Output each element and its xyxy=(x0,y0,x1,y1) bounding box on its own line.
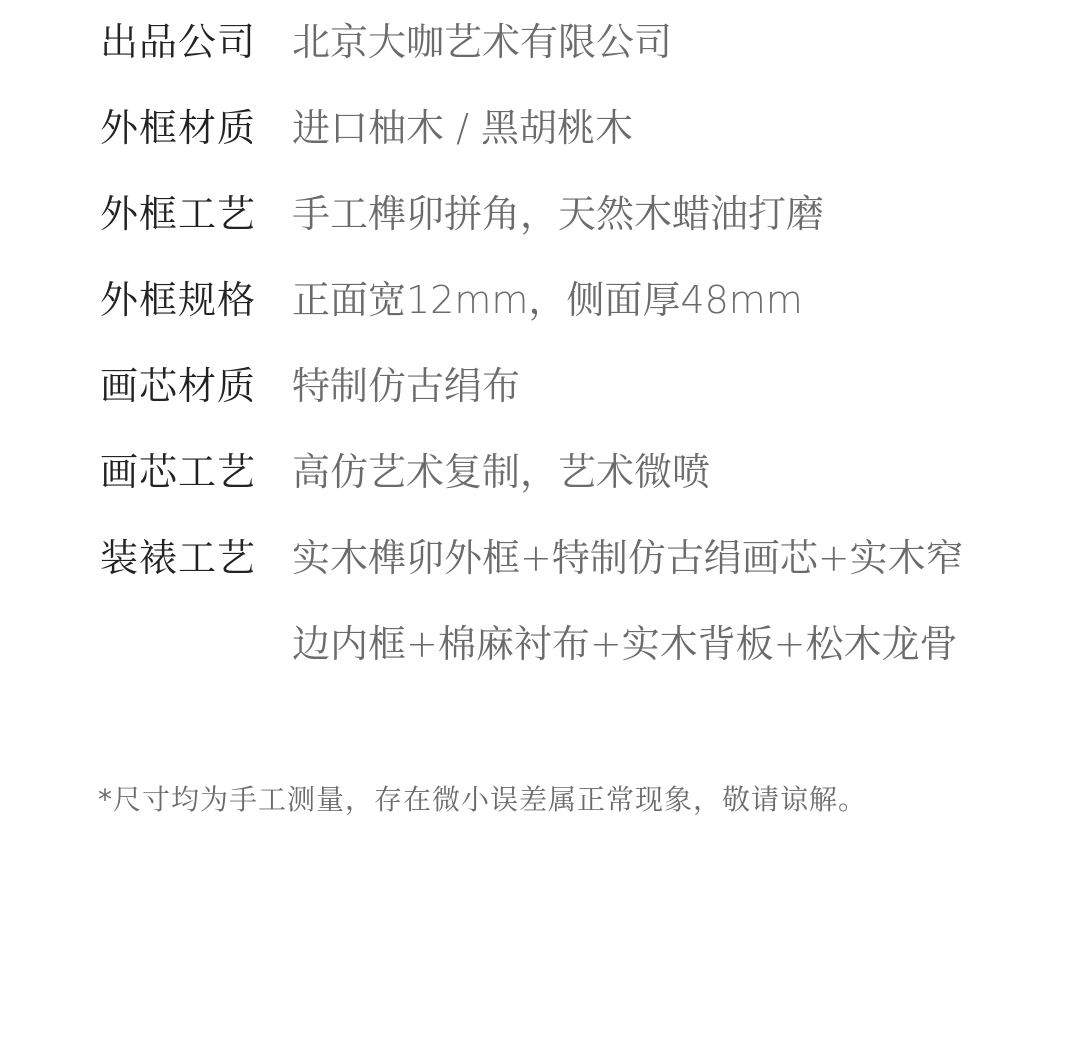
spec-value-line: 高仿艺术复制，艺术微喷 xyxy=(292,444,1000,500)
spec-value-line: 进口柚木 / 黑胡桃木 xyxy=(292,100,1000,156)
spec-row-mounting-craft: 装裱工艺 实木榫卯外框+特制仿古绢画芯+实木窄 边内框+棉麻衬布+实木背板+松木… xyxy=(100,530,1000,672)
spec-row-frame-material: 外框材质 进口柚木 / 黑胡桃木 xyxy=(100,100,1000,186)
spec-value: 实木榫卯外框+特制仿古绢画芯+实木窄 边内框+棉麻衬布+实木背板+松木龙骨 xyxy=(292,530,1000,672)
spec-label: 外框材质 xyxy=(100,100,292,156)
spec-label: 出品公司 xyxy=(100,14,292,70)
spec-value: 手工榫卯拼角，天然木蜡油打磨 xyxy=(292,186,1000,242)
spec-value-line: 手工榫卯拼角，天然木蜡油打磨 xyxy=(292,186,1000,242)
spec-value-line: 特制仿古绢布 xyxy=(292,358,1000,414)
spec-value: 北京大咖艺术有限公司 xyxy=(292,14,1000,70)
spec-row-canvas-material: 画芯材质 特制仿古绢布 xyxy=(100,358,1000,444)
spec-row-frame-craft: 外框工艺 手工榫卯拼角，天然木蜡油打磨 xyxy=(100,186,1000,272)
measurement-disclaimer: *尺寸均为手工测量，存在微小误差属正常现象，敬请谅解。 xyxy=(98,778,867,822)
spec-value-line: 正面宽12mm，侧面厚48mm xyxy=(292,272,1000,328)
spec-value-line: 北京大咖艺术有限公司 xyxy=(292,14,1000,70)
spec-row-frame-size: 外框规格 正面宽12mm，侧面厚48mm xyxy=(100,272,1000,358)
spec-label: 画芯工艺 xyxy=(100,444,292,500)
spec-label: 装裱工艺 xyxy=(100,530,292,586)
spec-value-line: 边内框+棉麻衬布+实木背板+松木龙骨 xyxy=(292,616,1000,672)
spec-label: 外框规格 xyxy=(100,272,292,328)
spec-row-canvas-craft: 画芯工艺 高仿艺术复制，艺术微喷 xyxy=(100,444,1000,530)
spec-label: 外框工艺 xyxy=(100,186,292,242)
spec-value: 正面宽12mm，侧面厚48mm xyxy=(292,272,1000,328)
spec-value: 特制仿古绢布 xyxy=(292,358,1000,414)
spec-label: 画芯材质 xyxy=(100,358,292,414)
spec-value: 高仿艺术复制，艺术微喷 xyxy=(292,444,1000,500)
spec-value: 进口柚木 / 黑胡桃木 xyxy=(292,100,1000,156)
spec-row-company: 出品公司 北京大咖艺术有限公司 xyxy=(100,14,1000,100)
spec-list: 出品公司 北京大咖艺术有限公司 外框材质 进口柚木 / 黑胡桃木 外框工艺 手工… xyxy=(100,14,1000,672)
spec-value-line: 实木榫卯外框+特制仿古绢画芯+实木窄 xyxy=(292,530,1000,616)
